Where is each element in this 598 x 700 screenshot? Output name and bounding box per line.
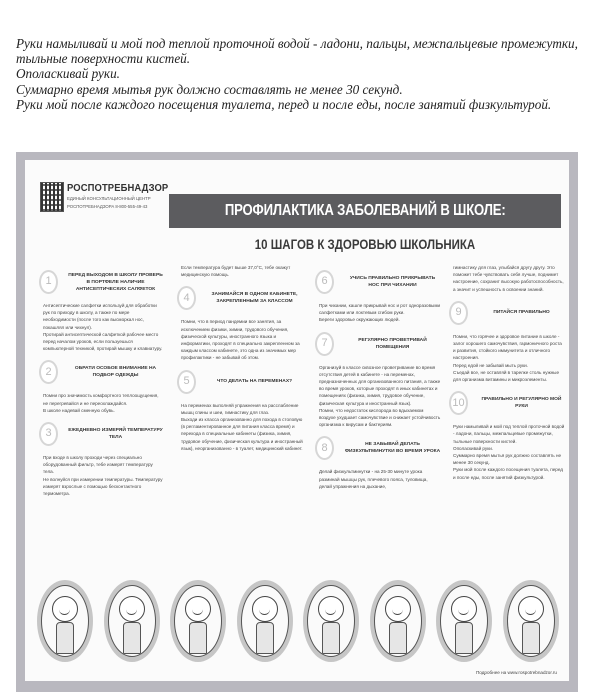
intro-line: Ополаскивай руки.: [16, 66, 586, 81]
step-number-badge: 5: [177, 370, 196, 394]
step-text: Протирай антисептической салфеткой рабоч…: [43, 331, 163, 353]
child-studying-illustration: [170, 580, 226, 662]
step-text: Выходи из класса организованно для поход…: [181, 416, 303, 452]
step-text: Съедай все, не оставляй в тарелке столь …: [453, 369, 565, 383]
child-reading-illustration: [237, 580, 293, 662]
step-6: 6Учись правильно прикрывать нос при чиха…: [311, 270, 441, 324]
step-text: Организуй в классе сквозное проветривани…: [319, 364, 441, 407]
step-title: Регулярно проветривай помещения: [344, 337, 441, 351]
step-text: Делай физкультминутки - на 25-30 минуте …: [319, 468, 441, 490]
step-number-badge: 4: [177, 286, 196, 310]
step-title: Питайся правильно: [478, 309, 565, 316]
step-text: Если температура будет выше 37,0°С, тебе…: [173, 264, 303, 278]
column-4: гимнастику для глаз, улыбайся другу друг…: [445, 264, 565, 489]
brand-name: РОСПОТРЕБНАДЗОР: [67, 182, 168, 194]
step-text: Помни, что горячее и здоровое питание в …: [453, 333, 565, 362]
step-number-badge: 3: [39, 422, 58, 446]
qr-code-icon: [41, 183, 63, 211]
step-text: Помни, что в период пандемии все занятия…: [181, 318, 303, 361]
step-5: 5Что делать на переменах? На переменах в…: [173, 370, 303, 452]
step-text: При входе в школу проходи через специаль…: [43, 454, 163, 476]
step-text: Помни, что недостаток кислорода во вдыха…: [319, 407, 441, 429]
step-text: Суммарно время мытья рук должно составля…: [453, 452, 565, 466]
step-7: 7Регулярно проветривай помещения Организ…: [311, 332, 441, 429]
step-text: На переменах выполняй упражнения на расс…: [181, 402, 303, 416]
step-number-badge: 1: [39, 270, 58, 294]
step-10: 10Правильно и регулярно мой руки Руки на…: [445, 391, 565, 481]
step-number-badge: 8: [315, 436, 334, 460]
poster-subtitle: 10 ШАГОВ К ЗДОРОВЬЮ ШКОЛЬНИКА: [204, 236, 525, 252]
child-washing-hands-illustration: [503, 580, 559, 662]
child-sneezing-illustration: [303, 580, 359, 662]
step-text: Руки мой после каждого посещения туалета…: [453, 466, 565, 480]
column-2: Если температура будет выше 37,0°С, тебе…: [173, 264, 303, 460]
step-text: В школе надевай сменную обувь.: [43, 407, 163, 414]
step-number-badge: 2: [39, 360, 58, 384]
step-9: 9Питайся правильно Помни, что горячее и …: [445, 301, 565, 383]
step-number-badge: 6: [315, 270, 334, 294]
poster: РОСПОТРЕБНАДЗОР ЕДИНЫЙ КОНСУЛЬТАЦИОННЫЙ …: [16, 152, 578, 692]
poster-title: ПРОФИЛАКТИКА ЗАБОЛЕВАНИЙ В ШКОЛЕ:: [225, 202, 506, 220]
step-text: Руки намыливай и мой под теплой проточно…: [453, 423, 565, 445]
step-text: гимнастику для глаз, улыбайся другу друг…: [445, 264, 565, 293]
column-1: 1Перед выходом в школу проверь в портфел…: [35, 270, 163, 505]
step-title: Занимайся в одном кабинете, закрепленным…: [206, 291, 303, 305]
step-8-continuation: гимнастику для глаз, улыбайся другу друг…: [445, 264, 565, 293]
step-text: Антисептические салфетки используй для о…: [43, 302, 163, 331]
step-number-badge: 10: [449, 391, 468, 415]
step-title: Правильно и регулярно мой руки: [478, 396, 565, 410]
brand-block: РОСПОТРЕБНАДЗОР ЕДИНЫЙ КОНСУЛЬТАЦИОННЫЙ …: [41, 182, 180, 211]
step-8: 8Не забывай делать физкультминутки во вр…: [311, 436, 441, 490]
intro-line: Руки мой после каждого посещения туалета…: [16, 97, 586, 112]
step-text: При чихании, кашле прикрывай нос и рот о…: [319, 302, 441, 316]
child-exercising-illustration: [370, 580, 426, 662]
intro-line: Суммарно время мытья рук должно составля…: [16, 82, 586, 97]
step-title: Учись правильно прикрывать нос при чихан…: [344, 275, 441, 289]
step-text: Береги здоровье окружающих людей.: [319, 316, 441, 323]
column-3: 6Учись правильно прикрывать нос при чиха…: [311, 270, 441, 498]
intro-line: Руки намыливай и мой под теплой проточно…: [16, 36, 586, 66]
step-text: Ополаскивай руки.: [453, 445, 565, 452]
step-number-badge: 7: [315, 332, 334, 356]
intro-text: Руки намыливай и мой под теплой проточно…: [16, 36, 586, 112]
step-title: Перед выходом в школу проверь в портфеле…: [68, 272, 163, 293]
step-title: Ежедневно измеряй температуру тела: [68, 427, 163, 441]
step-3-continuation: Если температура будет выше 37,0°С, тебе…: [173, 264, 303, 278]
poster-content: РОСПОТРЕБНАДЗОР ЕДИНЫЙ КОНСУЛЬТАЦИОННЫЙ …: [25, 160, 569, 681]
brand-phone: РОСПОТРЕБНАДЗОРА 8-800-555-49-43: [67, 204, 180, 210]
step-text: Не волнуйся при измерении температуры. Т…: [43, 476, 163, 498]
step-4: 4Занимайся в одном кабинете, закрепленны…: [173, 286, 303, 361]
step-title: Что делать на переменах?: [206, 378, 303, 385]
step-text: Помни про значимость комфортного теплоощ…: [43, 392, 163, 406]
brand-sub-line: ЕДИНЫЙ КОНСУЛЬТАЦИОННЫЙ ЦЕНТР: [67, 196, 180, 202]
illustrations-row: [37, 580, 559, 670]
step-text: Перед едой не забывай мыть руки.: [453, 362, 565, 369]
step-number-badge: 9: [449, 301, 468, 325]
step-1: 1Перед выходом в школу проверь в портфел…: [35, 270, 163, 352]
footer-link: Подробнее на www.rospotrebnadzor.ru: [476, 670, 557, 675]
step-3: 3Ежедневно измеряй температуру тела При …: [35, 422, 163, 497]
child-standing-illustration: [37, 580, 93, 662]
child-eating-illustration: [436, 580, 492, 662]
step-title: Не забывай делать физкультминутки во вре…: [344, 441, 441, 455]
step-2: 2Обрати особое внимание на подбор одежды…: [35, 360, 163, 414]
child-thermometer-illustration: [104, 580, 160, 662]
step-title: Обрати особое внимание на подбор одежды: [68, 365, 163, 379]
poster-title-bar: ПРОФИЛАКТИКА ЗАБОЛЕВАНИЙ В ШКОЛЕ:: [169, 194, 561, 228]
